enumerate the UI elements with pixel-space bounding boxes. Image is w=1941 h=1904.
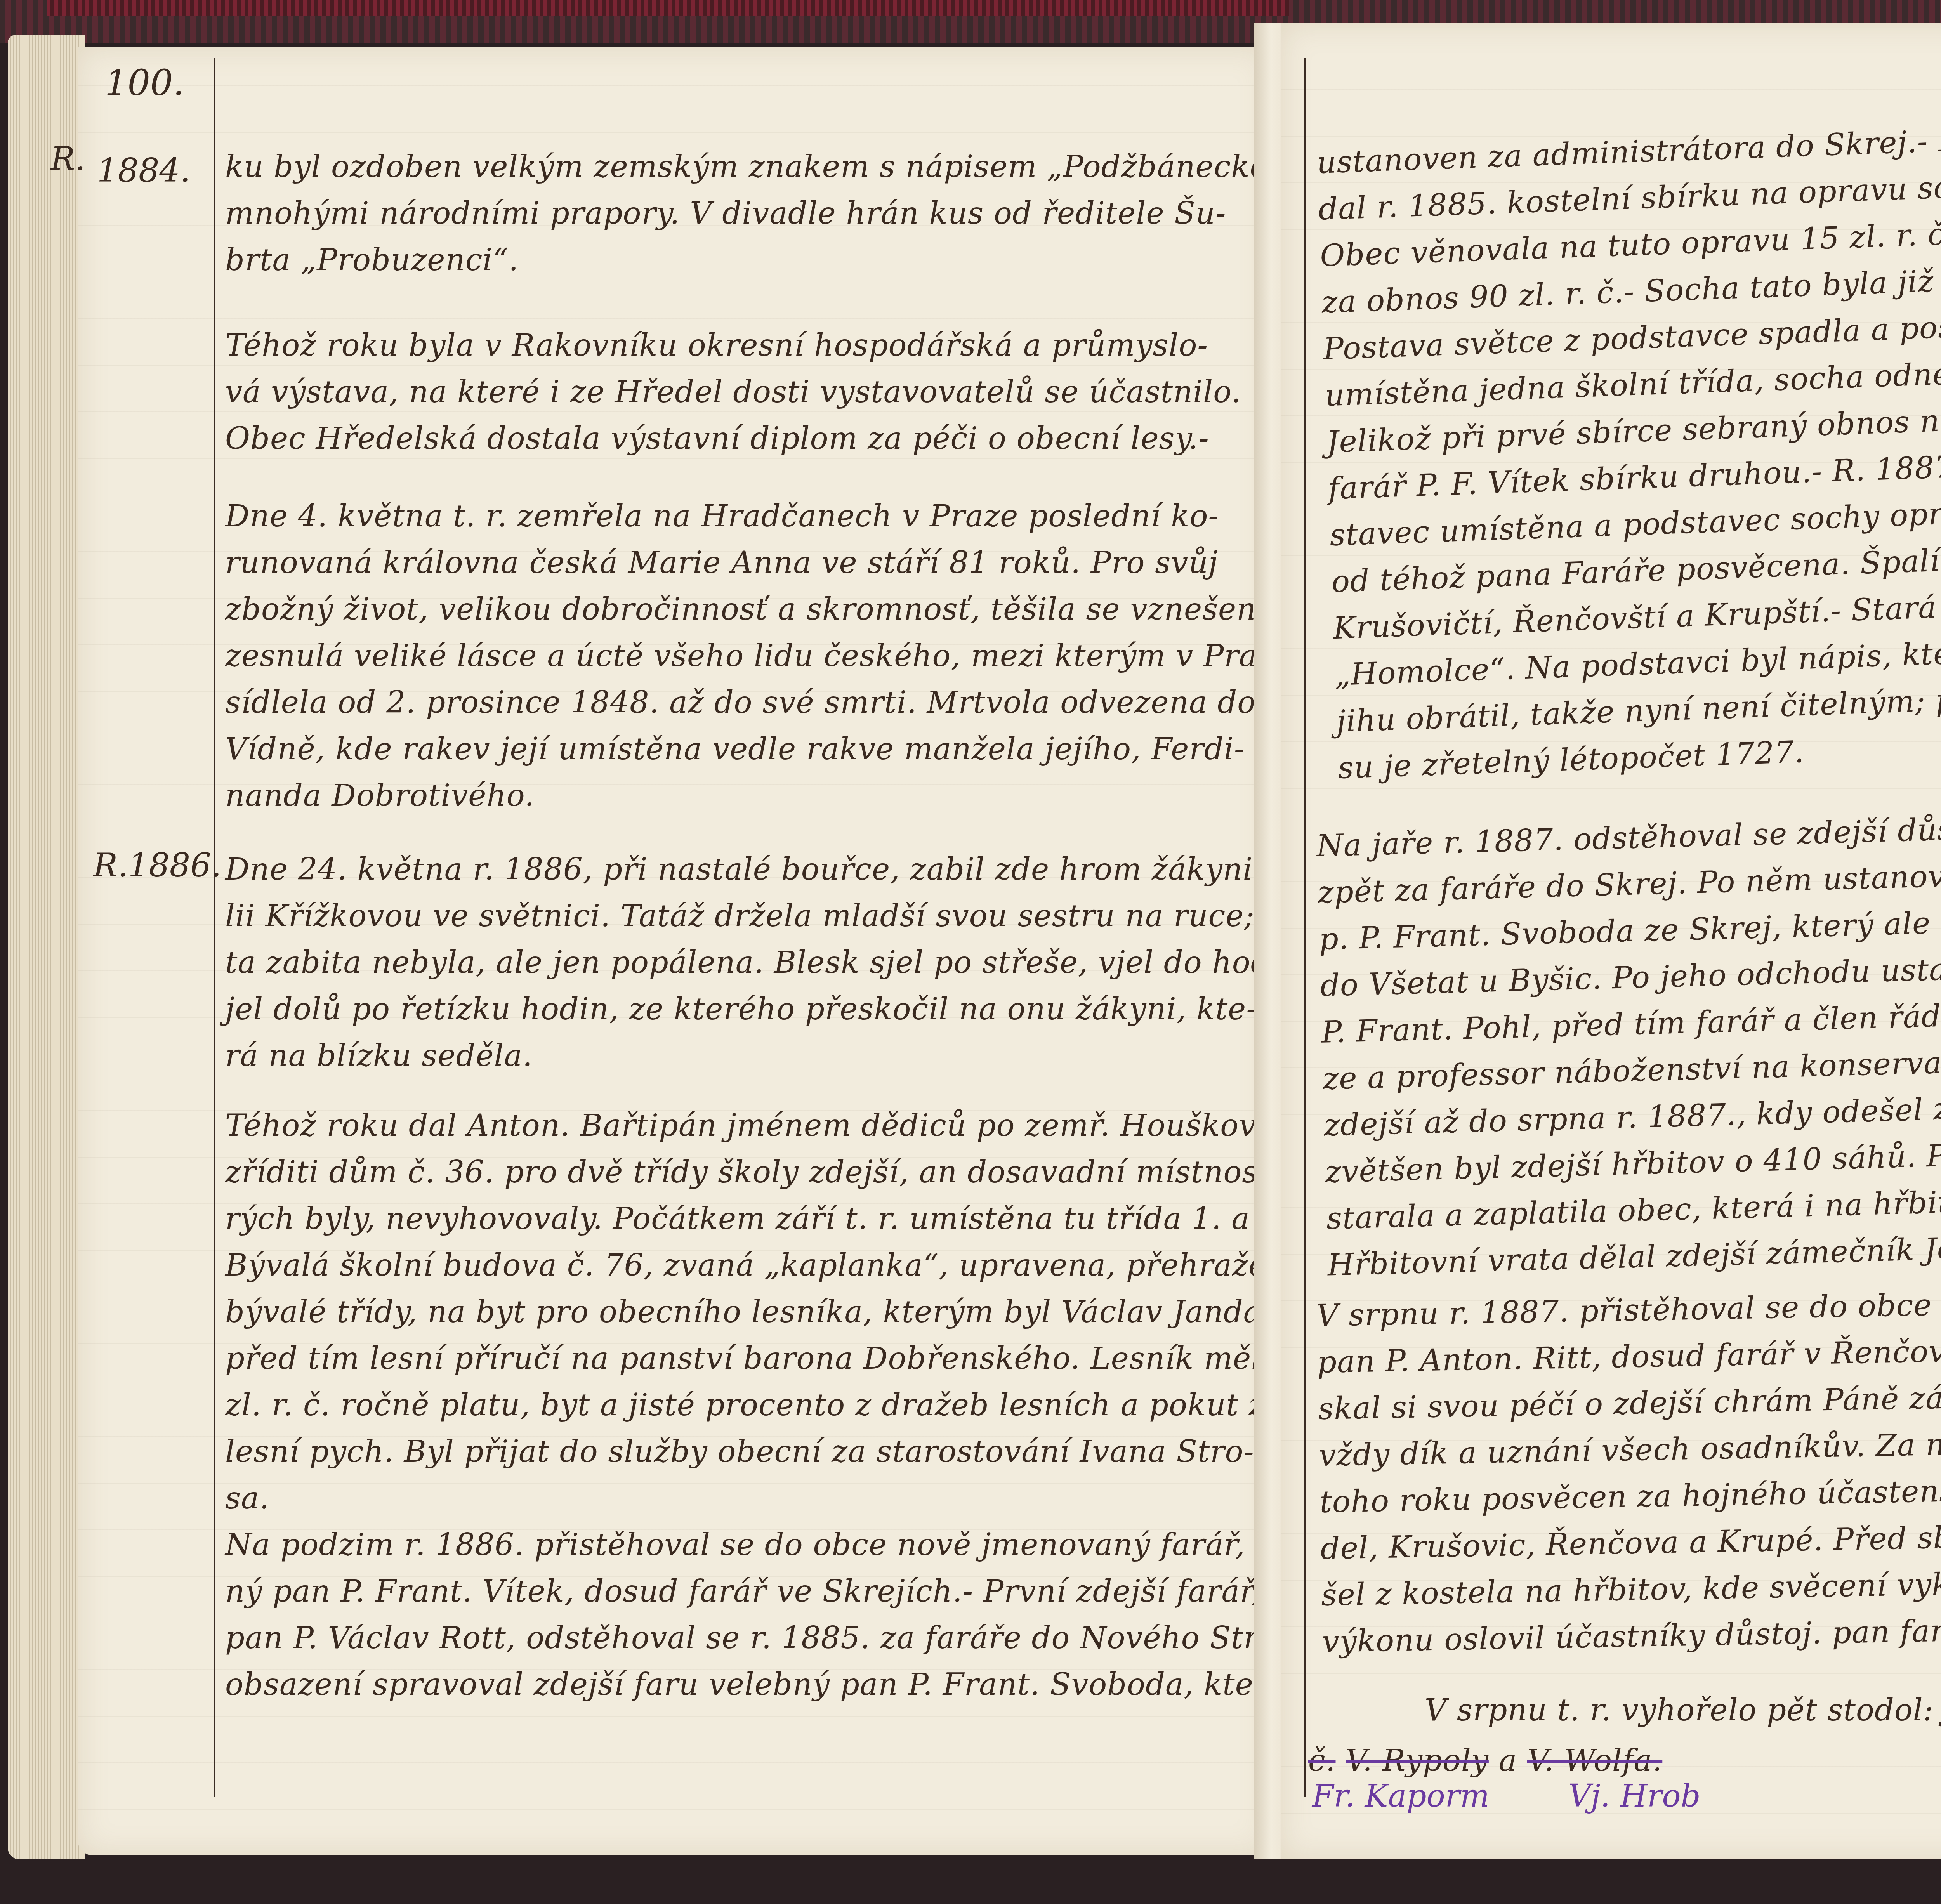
text-line: Obec Hředelská dostala výstavní diplom z… (225, 415, 1241, 462)
text-line: zesnulá veliké lásce a úctě všeho lidu č… (225, 633, 1292, 679)
violet-correction: Vj. Hrob (1568, 1778, 1701, 1814)
text-line: rých byly, nevyhovovaly. Počátkem září t… (225, 1196, 1407, 1242)
margin-rule (214, 58, 215, 1797)
cover-fabric (47, 0, 1289, 16)
paragraph: Téhož roku byla v Rakovníku okresní hosp… (225, 322, 1241, 462)
text-line: zl. r. č. ročně platu, byt a jisté proce… (225, 1382, 1407, 1428)
text-line: ku byl ozdoben velkým zemským znakem s n… (225, 144, 1313, 190)
paragraph: V srpnu r. 1887. přistěhoval se do obce … (1316, 1270, 1941, 1665)
text-line: obsazení spravoval zdejší faru velebný p… (225, 1661, 1405, 1708)
text-line: sa. (225, 1475, 1407, 1522)
paragraph: Na podzim r. 1886. přistěhoval se do obc… (225, 1522, 1405, 1708)
page-stack-left (8, 35, 85, 1859)
text-line: runovaná královna česká Marie Anna ve st… (225, 540, 1292, 586)
text-line: před tím lesní příručí na panství barona… (225, 1335, 1407, 1382)
margin-note-year-prefix: R. (50, 140, 85, 178)
struck-text: V. Rypoly (1346, 1743, 1489, 1778)
margin-note-year: R.1886. (93, 846, 221, 884)
text-line: Vídně, kde rakev její umístěna vedle rak… (225, 726, 1292, 772)
text-line: nanda Dobrotivého. (225, 772, 1292, 819)
text-line: rá na blízku seděla. (225, 1033, 1335, 1079)
text-line: zříditi dům č. 36. pro dvě třídy školy z… (225, 1149, 1407, 1196)
paragraph: ustanoven za administrátora do Skrej.- D… (1316, 100, 1941, 791)
text-fragment: a (1499, 1743, 1517, 1778)
text-line: mnohými národními prapory. V divadle hrá… (225, 190, 1313, 237)
text-line: bývalé třídy, na byt pro obecního lesník… (225, 1289, 1407, 1335)
text-line: Téhož roku dal Anton. Bařtipán jménem dě… (225, 1102, 1407, 1149)
paragraph: Dne 24. května r. 1886, při nastalé bouř… (225, 846, 1335, 1079)
violet-correction: Fr. Kaporm (1312, 1778, 1490, 1814)
text-line: Téhož roku byla v Rakovníku okresní hosp… (225, 322, 1241, 369)
text-line: lesní pych. Byl přijat do služby obecní … (225, 1428, 1407, 1475)
paragraph: Na jaře r. 1887. odstěhoval se zdejší dů… (1316, 791, 1941, 1289)
struck-text: V. Wolfa. (1527, 1743, 1662, 1778)
margin-rule-left (1304, 58, 1306, 1797)
text-line: zbožný život, velikou dobročinnosť a skr… (225, 586, 1292, 633)
fire-entry-line-1: V srpnu t. r. vyhořelo pět stodol: Jos. … (1425, 1689, 1941, 1732)
text-line: lii Křížkovou ve světnici. Tatáž držela … (225, 893, 1335, 939)
page-number: 100. (105, 62, 184, 104)
text-line: brta „Probuzenci“. (225, 237, 1313, 283)
text-line: jel dolů po řetízku hodin, ze kterého př… (225, 986, 1335, 1033)
right-page: 101. R. 1886. R. 1887. ustanoven za admi… (1281, 23, 1941, 1859)
paragraph: Téhož roku dal Anton. Bařtipán jménem dě… (225, 1102, 1407, 1522)
text-line: Dne 4. května t. r. zemřela na Hradčanec… (225, 493, 1292, 540)
text-line: vá výstava, na které i ze Hředel dosti v… (225, 369, 1241, 415)
text-line: sídlela od 2. prosince 1848. až do své s… (225, 679, 1292, 726)
struck-text: č. (1308, 1743, 1335, 1778)
text-line: Dne 24. května r. 1886, při nastalé bouř… (225, 846, 1335, 893)
text-line: pan P. Václav Rott, odstěhoval se r. 188… (225, 1615, 1405, 1661)
paragraph: Dne 4. května t. r. zemřela na Hradčanec… (225, 493, 1292, 819)
left-page: 100. R. 1884. R.1886. ku byl ozdoben vel… (78, 47, 1269, 1855)
text-line: Bývalá školní budova č. 76, zvaná „kapla… (225, 1242, 1407, 1289)
paragraph: ku byl ozdoben velkým zemským znakem s n… (225, 144, 1313, 283)
text-fragment: V srpnu t. r. vyhořelo pět stodol: Jos. … (1425, 1693, 1941, 1728)
text-line: ta zabita nebyla, ale jen popálena. Bles… (225, 939, 1335, 986)
fire-entry-line-2: č. V. Rypoly a V. Wolfa. (1308, 1739, 1662, 1783)
margin-note-year: 1884. (97, 151, 190, 189)
text-line: Na podzim r. 1886. přistěhoval se do obc… (225, 1522, 1405, 1568)
text-line: ný pan P. Frant. Vítek, dosud farář ve S… (225, 1568, 1405, 1615)
